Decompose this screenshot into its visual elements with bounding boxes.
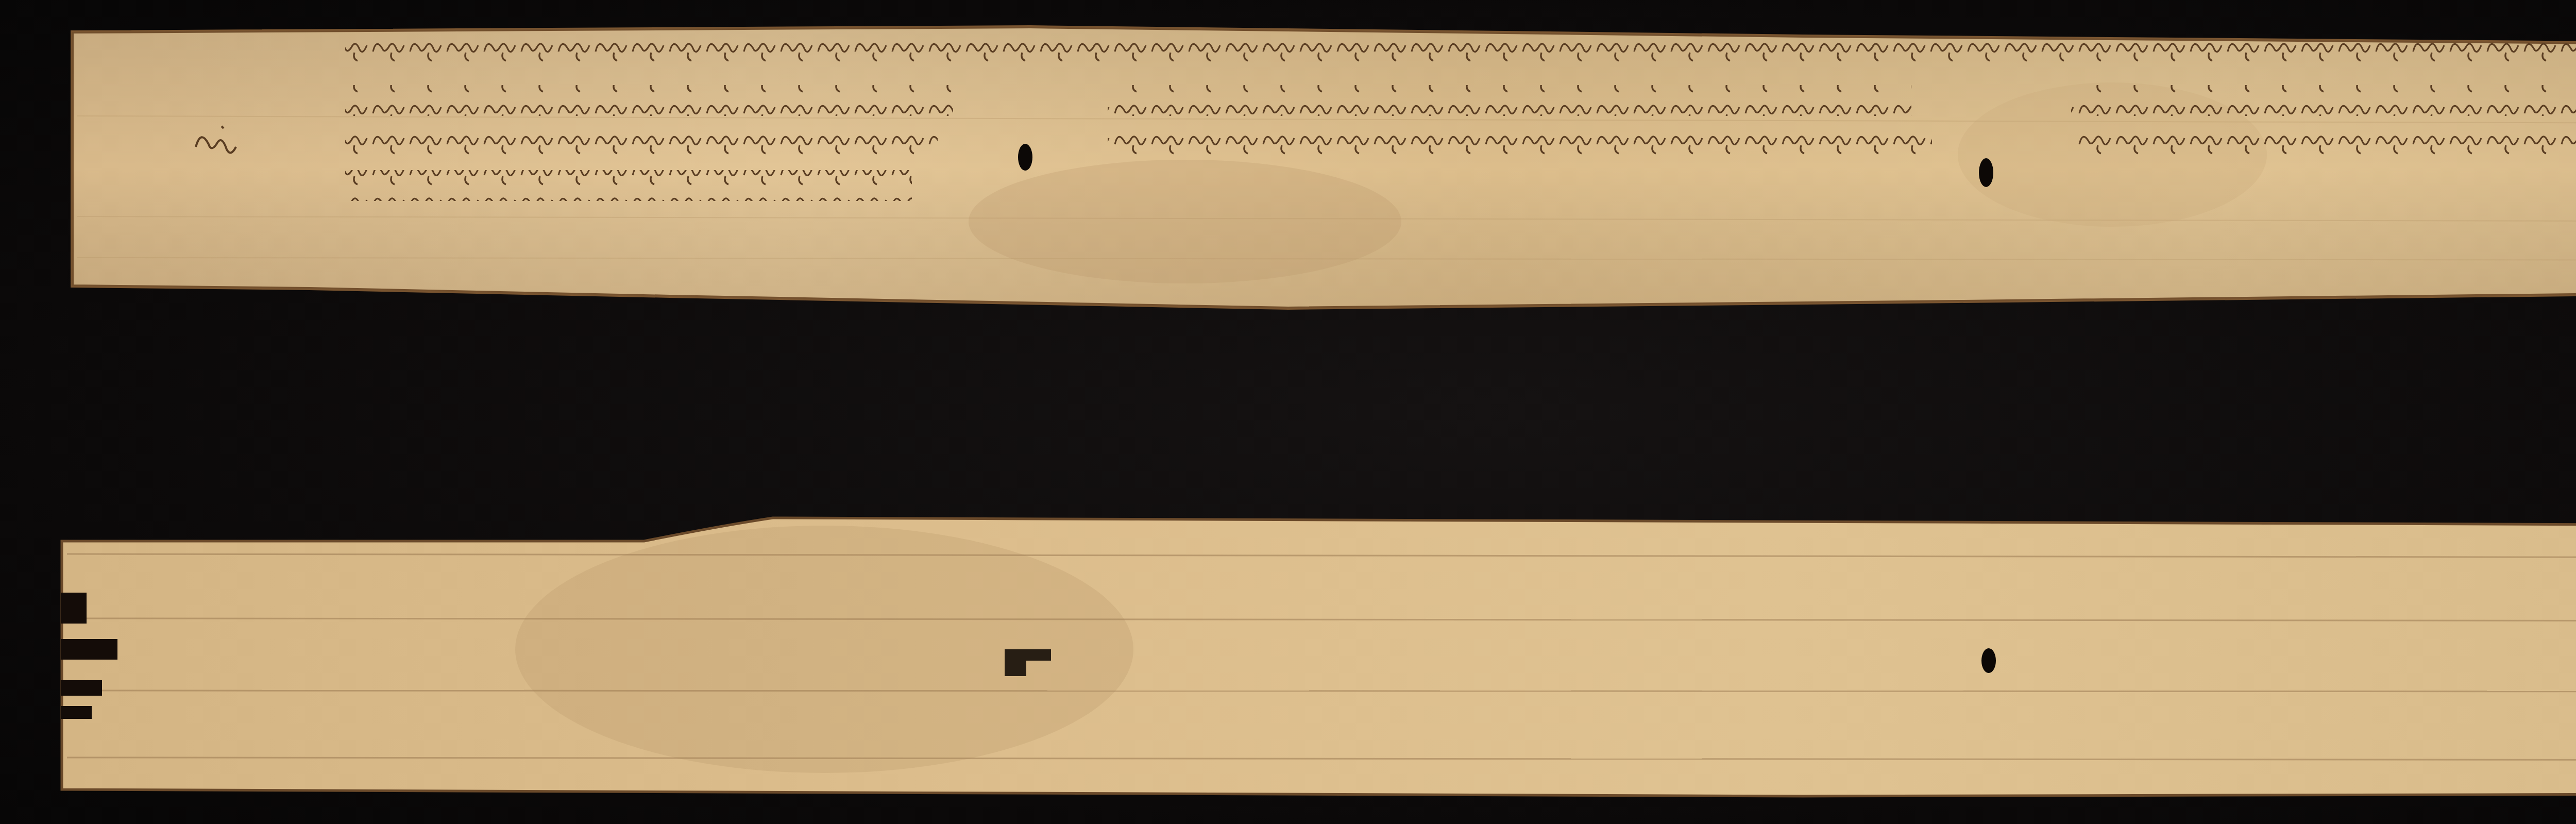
left-text-block [345, 42, 953, 201]
middle-text-block [1108, 85, 1932, 160]
manuscript-text-lines [0, 0, 2576, 330]
right-text-block [2071, 85, 2576, 162]
string-hole-right [1981, 648, 1996, 673]
lower-leaf-graphic [0, 495, 2576, 814]
lower-palm-leaf [0, 495, 2576, 814]
upper-palm-leaf [0, 0, 2576, 330]
top-full-line [953, 42, 2576, 73]
